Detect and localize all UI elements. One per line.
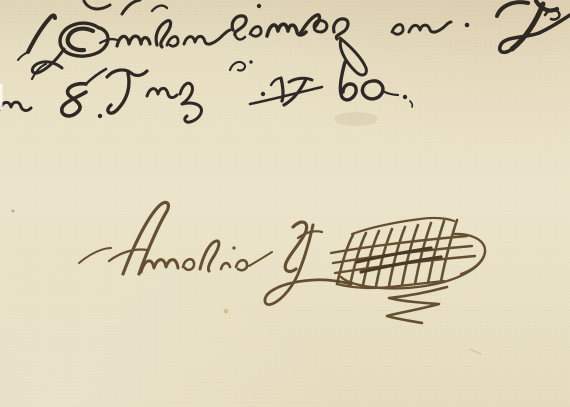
signature-paraph-flourish <box>387 287 447 323</box>
signature-cancellation-scribble <box>331 218 485 288</box>
handwriting-ink-layer <box>0 0 570 407</box>
top-edge-stroke-fragments <box>84 0 261 14</box>
handwriting-capital-letter-fragment <box>497 1 570 52</box>
signature-amelie <box>79 202 351 304</box>
paper-stains <box>0 84 481 354</box>
manuscript-photo: German Kurrent handwriting, quill and in… <box>0 0 570 407</box>
handwriting-closing-line <box>18 15 469 75</box>
